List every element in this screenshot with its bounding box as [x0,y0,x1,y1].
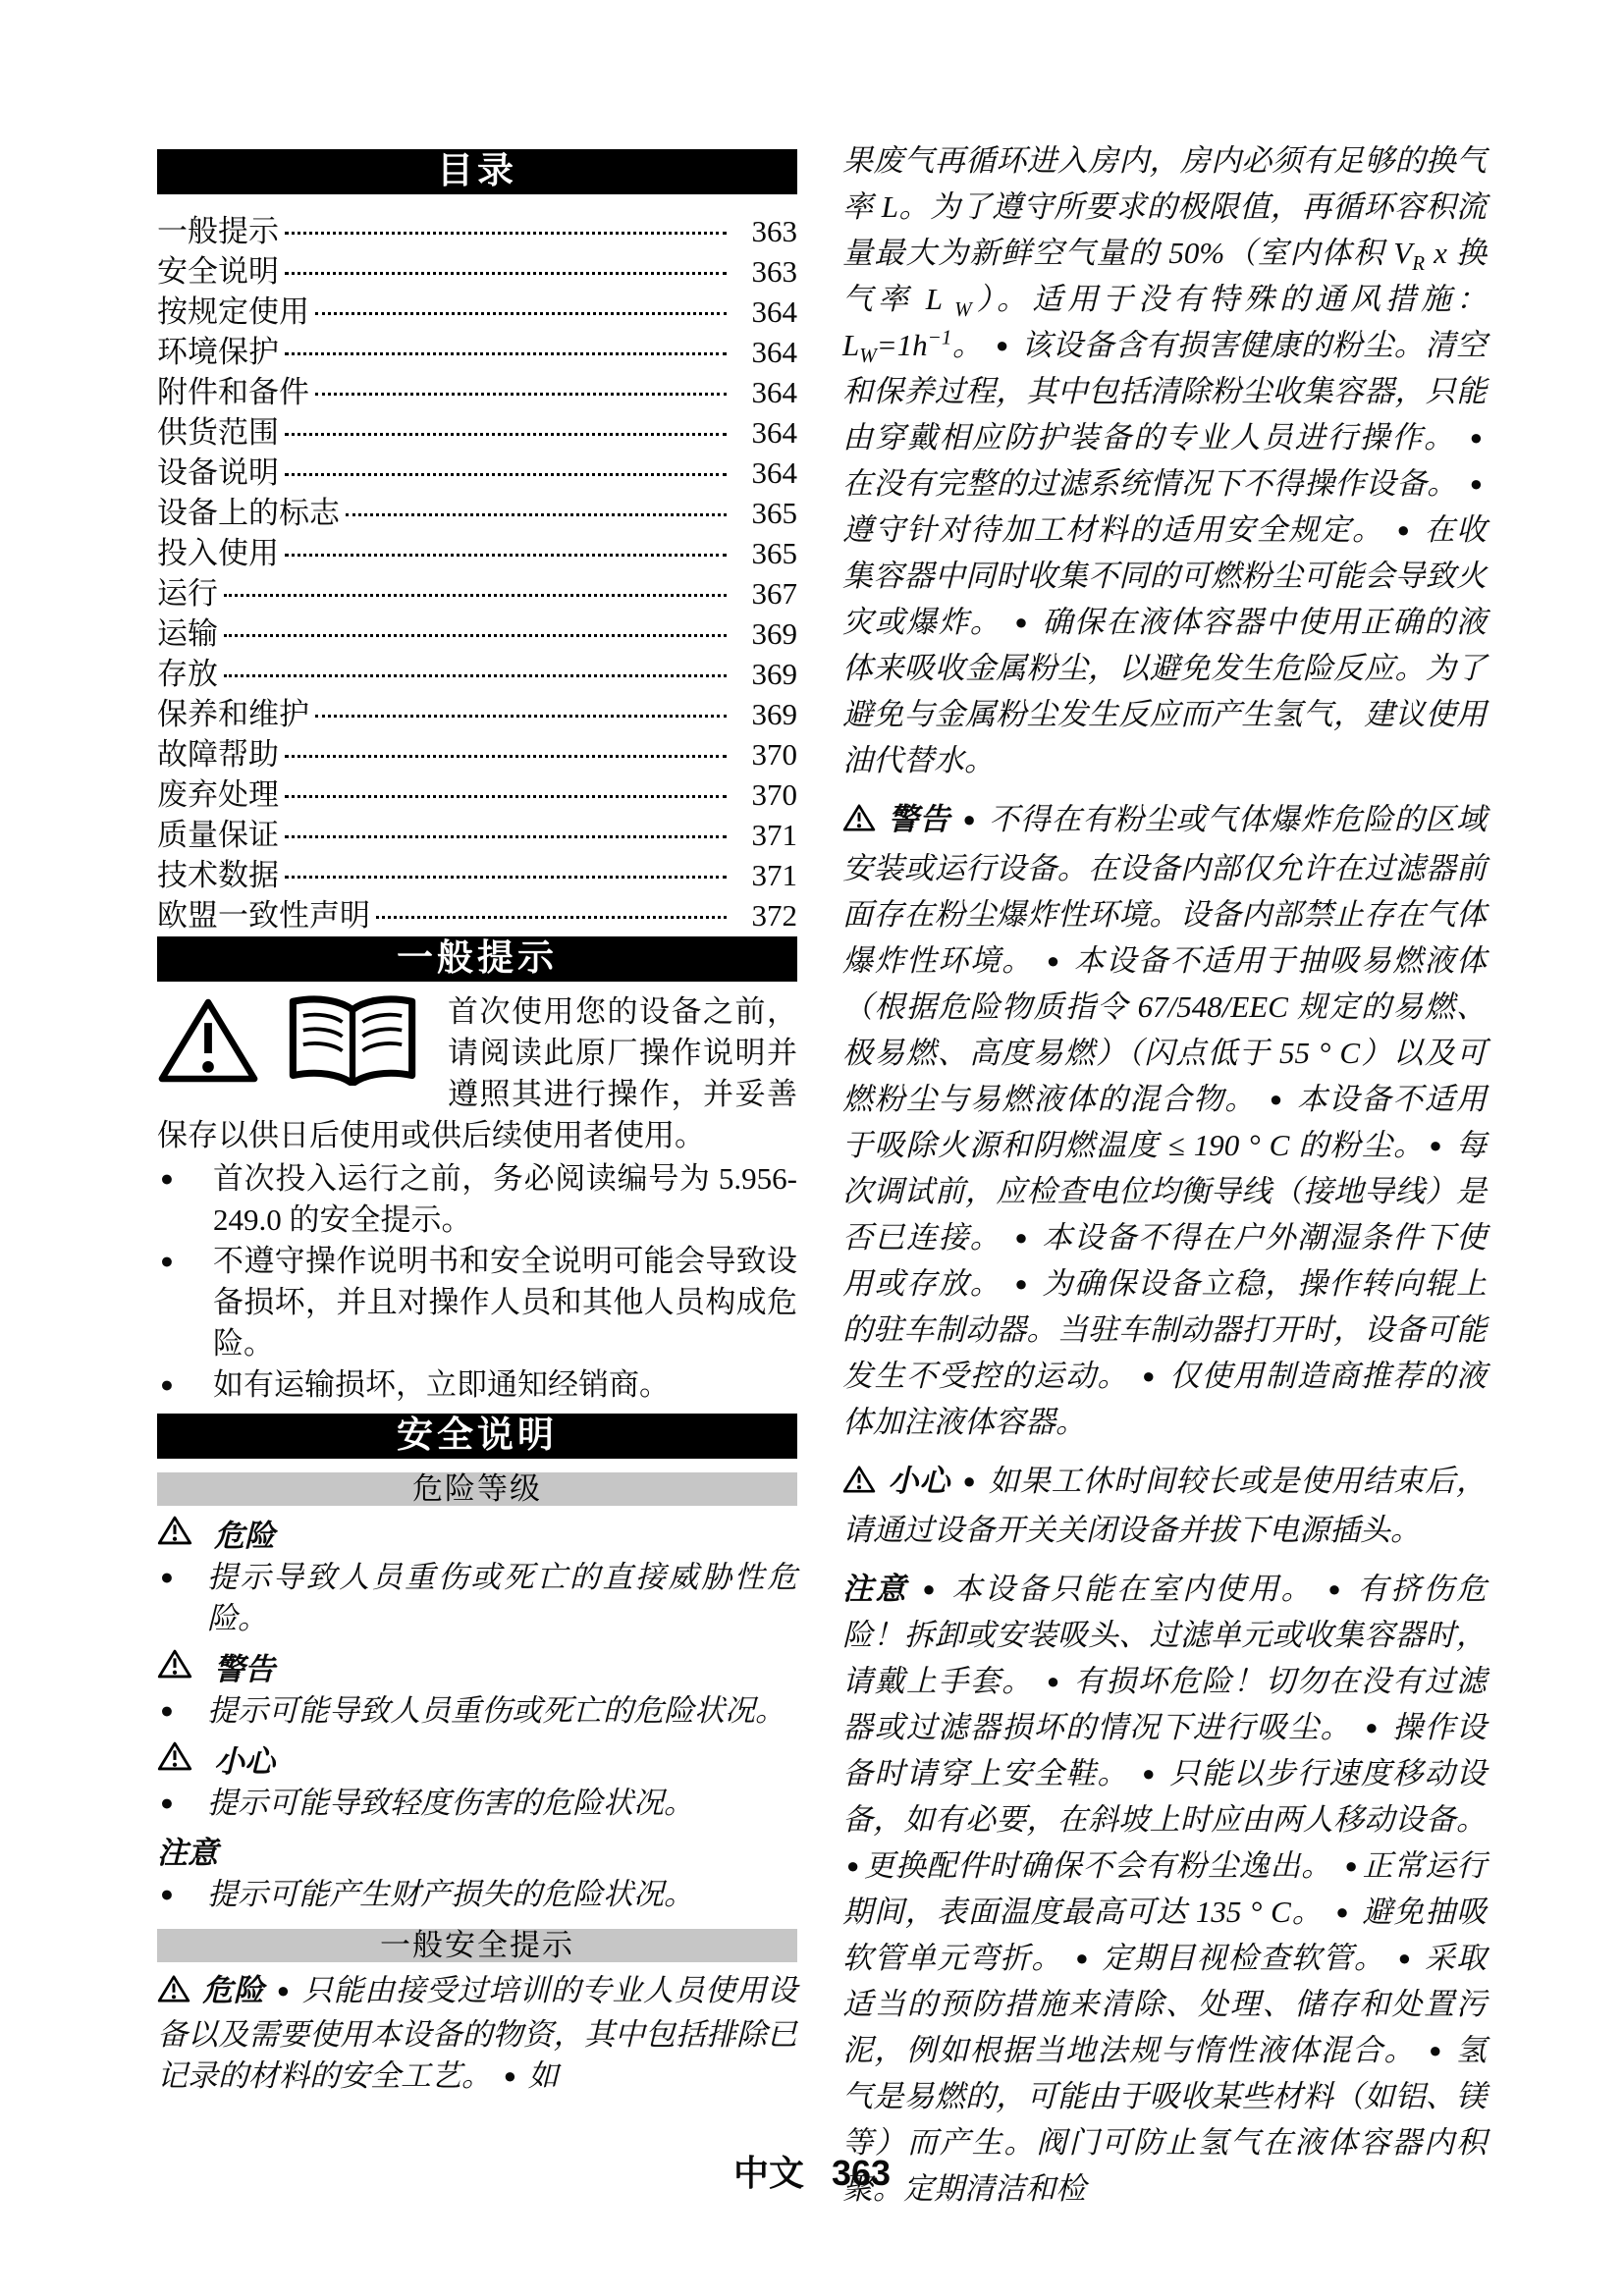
toc-entry-page: 371 [732,858,797,893]
body-paragraph: 警告 ● 不得在有粉尘或气体爆炸危险的区域安装或运行设备。在设备内部仅允许在过滤… [842,796,1487,1445]
danger-level-entry: 危险●提示导致人员重伤或死亡的直接威胁性危险。 [157,1515,797,1639]
toc-leader-dots [346,513,727,516]
toc-entry-page: 369 [732,657,797,692]
toc-leader-dots [285,876,727,879]
toc-entry-label: 设备说明 [157,448,279,492]
right-column: 果废气再循环进入房内，房内必须有足够的换气率 L。为了遵守所要求的极限值，再循环… [842,137,1487,2224]
left-column: 目录 一般提示363安全说明363按规定使用364环境保护364附件和备件364… [157,149,797,2097]
toc-entry-page: 369 [732,616,797,652]
text-run [264,1973,272,2007]
list-item-text: 不遵守操作说明书和安全说明可能会导致设备损坏，并且对操作人员和其他人员构成危险。 [213,1241,797,1364]
toc-entry-label: 保养和维护 [157,689,309,733]
safety-header: 安全说明 [157,1414,797,1459]
footer-language: 中文 [733,2153,804,2193]
bullet-icon: ● [1393,517,1416,542]
toc-leader-dots [285,352,727,355]
toc-leader-dots [285,554,727,557]
general-notes-title: 一般提示 [397,938,558,979]
danger-level-description-row: ●提示可能导致轻度伤害的危险状况。 [157,1783,797,1824]
signal-word: 注意 [842,1572,908,1606]
list-item: ●不遵守操作说明书和安全说明可能会导致设备损坏，并且对操作人员和其他人员构成危险… [157,1241,797,1364]
bullet-icon: ● [958,807,980,831]
danger-level-description: 提示导致人员重伤或死亡的直接威胁性危险。 [207,1557,797,1639]
danger-level-label-row: 警告 [157,1648,797,1690]
list-item-text: 如有运输损坏，立即通知经销商。 [213,1364,797,1406]
toc-entry: 保养和维护369 [157,689,797,729]
toc-entry-label: 质量保证 [157,810,279,854]
bullet-icon: ● [918,1576,942,1601]
danger-level-description-row: ●提示导致人员重伤或死亡的直接威胁性危险。 [157,1557,797,1639]
text-run [908,1572,918,1606]
bullet-icon: ● [157,1783,207,1824]
text-run: 在没有完整的过滤系统情况下不得操作设备。 [842,466,1466,501]
danger-level-description: 提示可能产生财产损失的危险状况。 [207,1874,797,1915]
bullet-icon: ● [1394,1946,1416,1970]
sub-text: R [1412,251,1425,275]
danger-level-label-row: 注意 [157,1833,797,1874]
safety-title: 安全说明 [397,1415,558,1456]
sub-text: W [954,297,972,321]
bullet-icon: ● [992,333,1013,357]
toc-entry-label: 环境保护 [157,327,279,371]
list-item: ●首次投入运行之前，务必阅读编号为 5.956-249.0 的安全提示。 [157,1158,797,1241]
page-footer: 中文363 [0,2146,1624,2196]
toc-entry: 废弃处理370 [157,770,797,810]
toc-entry-label: 运行 [157,568,218,613]
danger-level-description: 提示可能导致人员重伤或死亡的危险状况。 [207,1690,797,1732]
general-safety-title: 一般安全提示 [380,1928,574,1962]
signal-word: 警告 [880,802,950,836]
toc-leader-dots [285,835,727,838]
general-safety-paragraph: 危险 ● 只能由接受过培训的专业人员使用设备以及需要使用本设备的物资，其中包括排… [157,1970,797,2097]
toc-entry-page: 372 [732,898,797,934]
toc-entry-page: 370 [732,737,797,773]
toc-leader-dots [285,795,727,798]
bullet-icon: ● [1138,1761,1161,1786]
list-item-text: 首次投入运行之前，务必阅读编号为 5.956-249.0 的安全提示。 [213,1158,797,1241]
danger-level-label: 注意 [157,1833,218,1874]
danger-level-entry: 警告●提示可能导致人员重伤或死亡的危险状况。 [157,1648,797,1732]
bullet-icon: ● [273,1978,295,2002]
toc-entry-label: 运输 [157,609,218,653]
body-paragraph: 小心 ● 如果工休时间较长或是使用结束后，请通过设备开关关闭设备并拔下电源插头。 [842,1458,1487,1553]
warning-triangle-icon [157,995,259,1086]
bullet-icon: ● [1010,1271,1033,1296]
general-notes-bullets: ●首次投入运行之前，务必阅读编号为 5.956-249.0 的安全提示。●不遵守… [157,1158,797,1406]
signal-word: 小心 [880,1464,950,1498]
toc-header: 目录 [157,149,797,194]
general-safety-header: 一般安全提示 [157,1929,797,1962]
bullet-icon: ● [1043,948,1065,973]
toc-entry-label: 设备上的标志 [157,488,340,532]
danger-level-entry: 注意●提示可能产生财产损失的危险状况。 [157,1833,797,1915]
toc-entry-label: 投入使用 [157,528,279,572]
danger-level-label: 小心 [214,1741,275,1783]
bullet-icon: ● [157,1690,207,1732]
bullet-icon: ● [1466,471,1487,496]
bullet-icon: ● [1324,1576,1347,1601]
bullet-icon: ● [1266,1087,1288,1111]
toc-leader-dots [315,393,727,396]
warning-triangle-icon [157,1515,192,1557]
body-paragraph: 注意 ● 本设备只能在室内使用。 ● 有挤伤危险！拆卸或安装吸头、过滤单元或收集… [842,1566,1487,2212]
body-paragraph: 果废气再循环进入房内，房内必须有足够的换气率 L。为了遵守所要求的极限值，再循环… [842,137,1487,783]
toc-leader-dots [376,916,727,919]
bullet-icon: ● [1361,1715,1383,1739]
toc-entry-page: 367 [732,576,797,612]
toc-leader-dots [285,272,727,275]
toc-entry-page: 365 [732,536,797,571]
warning-triangle-icon [157,1973,190,2014]
toc-entry: 附件和备件364 [157,367,797,407]
bullet-icon: ● [500,2063,520,2088]
toc-leader-dots [285,473,727,476]
bullet-icon: ● [1010,610,1033,634]
danger-level-description-row: ●提示可能导致人员重伤或死亡的危险状况。 [157,1690,797,1732]
bullet-icon: ● [958,1468,980,1493]
text-run: 更换配件时确保不会有粉尘逸出。 [864,1848,1340,1883]
bullet-icon: ● [842,1853,864,1878]
toc-entry: 环境保护364 [157,327,797,367]
list-item: ●如有运输损坏，立即通知经销商。 [157,1364,797,1406]
danger-level-label: 危险 [214,1516,275,1557]
toc-entry: 一般提示363 [157,206,797,246]
danger-levels-title: 危险等级 [412,1471,542,1506]
toc-entry-page: 371 [732,818,797,853]
toc-entry-page: 363 [732,254,797,290]
toc-entry: 质量保证371 [157,810,797,850]
text-run: 。 [951,328,992,362]
text-run: 遵守针对待加工材料的适用安全规定。 [842,512,1393,547]
bullet-icon: ● [1466,425,1487,450]
bullet-icon: ● [157,1874,207,1915]
toc-entry-page: 369 [732,697,797,732]
toc-entry-label: 故障帮助 [157,729,279,774]
toc-entry: 存放369 [157,649,797,689]
toc-entry-label: 供货范围 [157,407,279,452]
toc-entry-page: 364 [732,415,797,451]
toc-entry: 按规定使用364 [157,287,797,327]
open-book-icon [279,995,426,1086]
toc-list: 一般提示363安全说明363按规定使用364环境保护364附件和备件364供货范… [157,206,797,931]
bullet-icon: ● [1425,2038,1447,2062]
toc-entry-page: 364 [732,294,797,330]
toc-entry: 设备上的标志365 [157,488,797,528]
bullet-icon: ● [1043,1669,1065,1693]
bullet-icon: ● [1331,1899,1353,1924]
toc-entry-page: 364 [732,455,797,491]
toc-entry: 技术数据371 [157,850,797,890]
text-run: 如 [520,2058,559,2093]
toc-entry-page: 363 [732,214,797,249]
toc-entry-label: 存放 [157,649,218,693]
text-run: 定期目视检查软管。 [1094,1941,1394,1975]
footer-page-number: 363 [832,2153,891,2193]
text-run: 果废气再循环进入房内，房内必须有足够的换气率 L。为了遵守所要求的极限值，再循环… [842,143,1487,270]
toc-leader-dots [224,674,727,677]
danger-level-label-row: 小心 [157,1740,797,1783]
toc-entry: 设备说明364 [157,448,797,488]
toc-entry: 欧盟一致性声明372 [157,890,797,931]
bullet-icon: ● [1071,1946,1093,1970]
toc-entry-page: 364 [732,335,797,370]
bullet-icon: ● [157,1364,213,1406]
toc-leader-dots [285,433,727,436]
toc-entry-label: 一般提示 [157,206,279,250]
toc-entry: 投入使用365 [157,528,797,568]
toc-entry-label: 按规定使用 [157,287,309,331]
toc-leader-dots [285,232,727,235]
signal-word: 危险 [194,1973,264,2007]
toc-entry-label: 安全说明 [157,246,279,291]
toc-entry: 故障帮助370 [157,729,797,770]
bullet-icon: ● [157,1241,213,1364]
bullet-icon: ● [1341,1853,1363,1878]
danger-levels-header: 危险等级 [157,1472,797,1506]
toc-entry-label: 附件和备件 [157,367,309,411]
warning-triangle-icon [842,1461,876,1507]
intro-icons [157,995,434,1086]
bullet-icon: ● [1010,1225,1033,1250]
bullet-icon: ● [1425,1133,1447,1157]
toc-entry: 供货范围364 [157,407,797,448]
sub-text: W [859,344,877,367]
text-run: =1h [877,328,928,362]
bullet-icon: ● [1138,1363,1161,1388]
toc-leader-dots [315,715,727,718]
sup-text: −1 [928,326,952,349]
toc-entry-label: 技术数据 [157,850,279,894]
text-run: 本设备只能在室内使用。 [942,1572,1324,1606]
toc-leader-dots [315,312,727,315]
toc-entry: 安全说明363 [157,246,797,287]
toc-entry-label: 废弃处理 [157,770,279,814]
manual-page: 目录 一般提示363安全说明363按规定使用364环境保护364附件和备件364… [0,0,1624,2296]
danger-level-label: 警告 [214,1649,275,1690]
danger-level-entries: 危险●提示导致人员重伤或死亡的直接威胁性危险。警告●提示可能导致人员重伤或死亡的… [157,1515,797,1915]
toc-entry-page: 365 [732,496,797,531]
toc-leader-dots [224,594,727,597]
danger-level-description-row: ●提示可能产生财产损失的危险状况。 [157,1874,797,1915]
toc-leader-dots [285,755,727,758]
general-notes-header: 一般提示 [157,936,797,982]
toc-entry-page: 370 [732,777,797,813]
toc-entry: 运行367 [157,568,797,609]
toc-entry-page: 364 [732,375,797,410]
toc-entry-label: 欧盟一致性声明 [157,890,370,934]
general-notes-intro: 首次使用您的设备之前，请阅读此原厂操作说明并遵照其进行操作，并妥善保存以供日后使… [157,991,797,1156]
bullet-icon: ● [157,1158,213,1241]
bullet-icon: ● [157,1557,207,1639]
danger-level-entry: 小心●提示可能导致轻度伤害的危险状况。 [157,1740,797,1824]
toc-entry: 运输369 [157,609,797,649]
warning-triangle-icon [157,1740,192,1783]
warning-triangle-icon [157,1648,192,1690]
toc-title: 目录 [437,151,517,191]
warning-triangle-icon [842,799,876,845]
danger-level-description: 提示可能导致轻度伤害的危险状况。 [207,1783,797,1824]
danger-level-label-row: 危险 [157,1515,797,1557]
toc-leader-dots [224,634,727,637]
